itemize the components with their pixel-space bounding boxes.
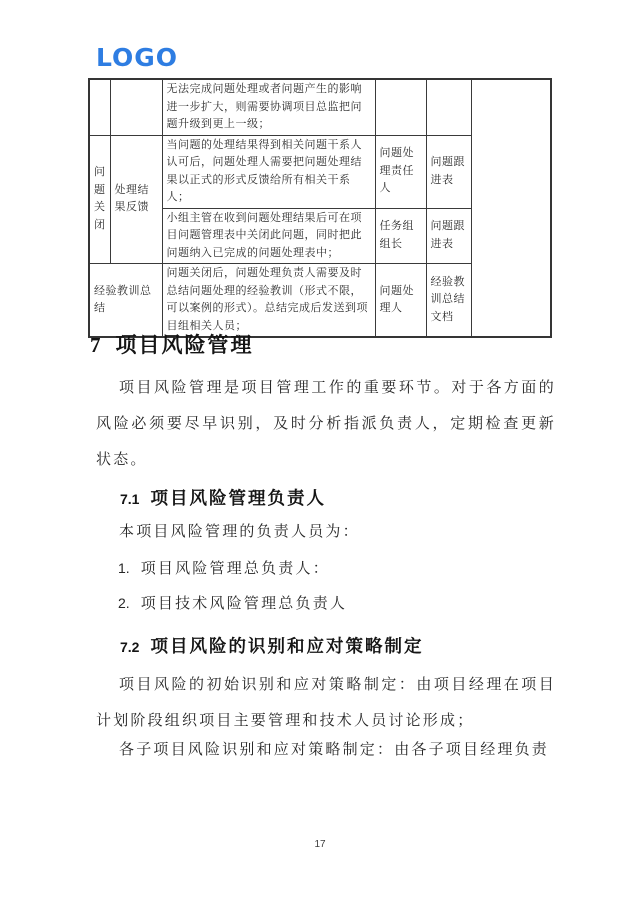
list-text: 项目风险管理总负责人： bbox=[141, 561, 330, 577]
output-cell: 问题跟进表 bbox=[426, 208, 471, 264]
desc-cell: 当问题的处理结果得到相关问题干系人认可后，问题处理人需要把问题处理结果以正式的形… bbox=[162, 135, 375, 208]
step-cell-empty bbox=[110, 79, 162, 135]
list-number: 2. bbox=[118, 595, 130, 611]
heading-title: 项目风险管理负责人 bbox=[150, 488, 326, 508]
heading-title: 项目风险的识别和应对策略制定 bbox=[150, 636, 423, 656]
table-row: 无法完成问题处理或者问题产生的影响进一步扩大，则需要协调项目总监把问题升级到更上… bbox=[89, 79, 551, 135]
output-cell-empty bbox=[426, 79, 471, 135]
list-item-1: 1.项目风险管理总负责人： bbox=[118, 557, 330, 580]
document-page: LOGO 无法完成问题处理或者问题产生的影响进一步扩大，则需要协调项目总监把问题… bbox=[0, 0, 640, 906]
owner-cell: 问题处理责任人 bbox=[375, 135, 426, 208]
heading-number: 7 bbox=[90, 333, 101, 357]
logo: LOGO bbox=[96, 44, 178, 72]
list-number: 1. bbox=[118, 560, 130, 576]
page-number: 17 bbox=[0, 839, 640, 850]
owner-cell: 问题处理人 bbox=[375, 264, 426, 338]
heading-number: 7.1 bbox=[120, 491, 139, 507]
output-cell: 问题跟进表 bbox=[426, 135, 471, 208]
desc-cell: 问题关闭后，问题处理负责人需要及时总结问题处理的经验教训（形式不限，可以案例的形… bbox=[162, 264, 375, 338]
list-text: 项目技术风险管理总负责人 bbox=[141, 596, 347, 612]
list-item-2: 2.项目技术风险管理总负责人 bbox=[118, 592, 347, 615]
heading-title: 项目风险管理 bbox=[116, 333, 254, 357]
output-cell: 经验教训总结文档 bbox=[426, 264, 471, 338]
owner-cell-empty bbox=[375, 79, 426, 135]
heading-chapter-7: 7项目风险管理 bbox=[90, 332, 254, 358]
desc-cell: 小组主管在收到问题处理结果后可在项目问题管理表中关闭此问题，同时把此问题纳入已完… bbox=[162, 208, 375, 264]
paragraph-initial-identification: 项目风险的初始识别和应对策略制定：由项目经理在项目计划阶段组织项目主要管理和技术… bbox=[96, 667, 556, 739]
stage-cell: 问题关闭 bbox=[89, 135, 110, 264]
step-cell: 处理结果反馈 bbox=[110, 135, 162, 264]
heading-7-2: 7.2项目风险的识别和应对策略制定 bbox=[120, 633, 423, 658]
paragraph-subproject-identification: 各子项目风险识别和应对策略制定：由各子项目经理负责 bbox=[96, 738, 556, 762]
remark-cell-empty bbox=[471, 79, 551, 337]
owner-cell: 任务组组长 bbox=[375, 208, 426, 264]
heading-number: 7.2 bbox=[120, 639, 139, 655]
paragraph-owners-intro: 本项目风险管理的负责人员为： bbox=[96, 520, 556, 544]
desc-cell: 无法完成问题处理或者问题产生的影响进一步扩大，则需要协调项目总监把问题升级到更上… bbox=[162, 79, 375, 135]
issue-closure-table: 无法完成问题处理或者问题产生的影响进一步扩大，则需要协调项目总监把问题升级到更上… bbox=[88, 78, 552, 338]
stage-cell: 经验教训总结 bbox=[89, 264, 162, 338]
paragraph-risk-intro: 项目风险管理是项目管理工作的重要环节。对于各方面的风险必须要尽早识别，及时分析指… bbox=[96, 370, 556, 478]
heading-7-1: 7.1项目风险管理负责人 bbox=[120, 485, 326, 510]
stage-cell-empty bbox=[89, 79, 110, 135]
